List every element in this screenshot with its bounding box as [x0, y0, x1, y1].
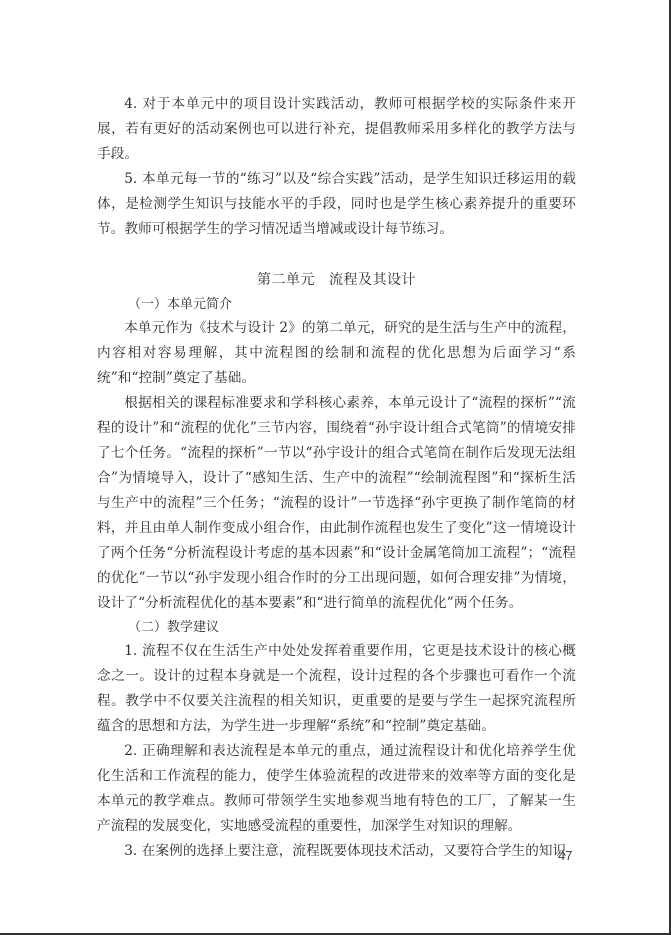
intro-paragraph: 本单元作为《技术与设计 2》的第二单元，研究的是生活与生产中的流程，内容相对容易… — [97, 316, 576, 391]
suggestion-paragraph: 3. 在案例的选择上要注意，流程既要体现技术活动，又要符合学生的知识 — [97, 839, 576, 864]
book-page: 4. 对于本单元中的项目设计实践活动，教师可根据学校的实际条件来开展，若有更好的… — [0, 0, 671, 935]
suggestion-paragraph: 2. 正确理解和表达流程是本单元的重点，通过流程设计和优化培养学生优化生活和工作… — [97, 739, 576, 839]
unit-title: 第二单元流程及其设计 — [97, 268, 576, 293]
unit-name: 流程及其设计 — [329, 272, 416, 288]
text-column: 4. 对于本单元中的项目设计实践活动，教师可根据学校的实际条件来开展，若有更好的… — [97, 92, 576, 864]
section-heading-intro: （一）本单元简介 — [97, 293, 576, 316]
page-number: 47 — [558, 848, 572, 863]
suggestion-paragraph: 1. 流程不仅在生活生产中处处发挥着重要作用，它更是技术设计的核心概念之一。设计… — [97, 639, 576, 739]
unit-number: 第二单元 — [257, 272, 315, 288]
paragraph-item-4: 4. 对于本单元中的项目设计实践活动，教师可根据学校的实际条件来开展，若有更好的… — [97, 92, 576, 167]
paragraph-item-5: 5. 本单元每一节的“练习”以及“综合实践”活动，是学生知识迁移运用的载体，是检… — [97, 167, 576, 242]
intro-paragraph: 根据相关的课程标准要求和学科核心素养，本单元设计了“流程的探析”“流程的设计”和… — [97, 391, 576, 616]
section-heading-teaching-suggestions: （二）教学建议 — [97, 616, 576, 639]
